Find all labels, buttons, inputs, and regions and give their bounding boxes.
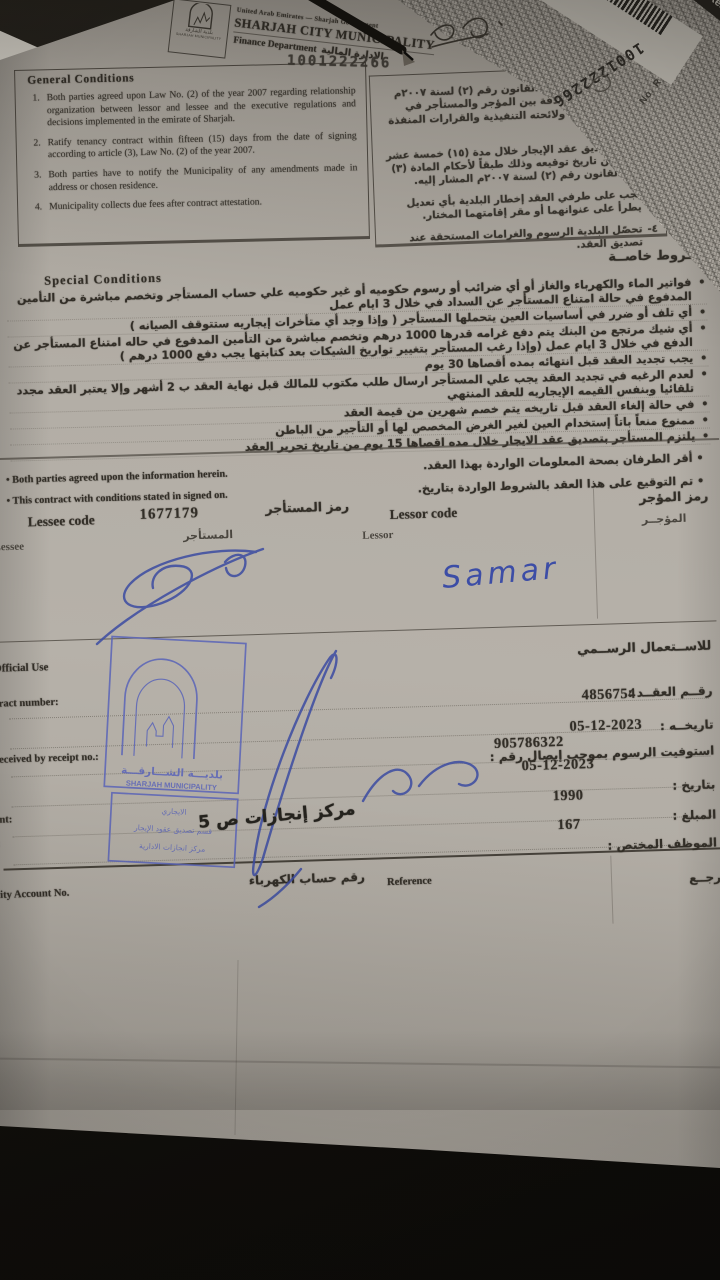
lessor-code-label-ar: رمز المؤجر <box>639 488 708 505</box>
lessor-label-ar: المؤجــر <box>642 512 687 526</box>
electricity-account-label: Electricity Account No. <box>0 888 70 902</box>
bottom-shadow <box>0 1030 720 1110</box>
official-use-title-en: For Official Use <box>0 661 49 675</box>
general-condition-item: 3.Both parties have to notify the Munici… <box>29 162 357 195</box>
lessee-code-label-ar: رمز المستأجر <box>265 498 349 516</box>
electricity-account-label-ar: رقم حساب الكهرباء <box>249 870 365 888</box>
special-conditions-list: فواتير الماء والكهرباء والغاز أو أي ضرائ… <box>6 276 710 463</box>
general-condition-item-ar: ٣-يجب على طرفي العقد إخطار البلدية بأي ت… <box>381 188 658 225</box>
general-conditions-en: General Conditions 1.Both parties agreed… <box>14 62 370 247</box>
item-number: 2. <box>29 137 42 162</box>
receipt-number-value: 905786322 <box>494 734 564 753</box>
amount-value: 1990 <box>552 787 583 805</box>
date-label-ar: تاريخــه : <box>660 718 714 734</box>
contract-number-label: Contract number: <box>0 697 59 710</box>
receipt-label: Fees received by receipt no.: <box>0 752 99 767</box>
general-condition-item: 1.Both parties agreed upon Law No. (2) o… <box>28 85 357 130</box>
item-number: 3. <box>29 169 42 194</box>
section-divider <box>0 620 716 642</box>
column-divider <box>610 856 613 924</box>
amount-label-ar: المبلغ : <box>672 807 716 822</box>
official-use-title-ar: للاســتعمال الرســمي <box>577 638 711 657</box>
column-divider <box>593 489 598 619</box>
dated-label-ar: بتاريخ : <box>672 777 715 792</box>
amount-label: Amount: <box>0 814 12 826</box>
general-condition-item: 2.Ratify tenancy contract within fifteen… <box>29 130 357 163</box>
municipality-logo: بلدية الشارقة SHARJAH MUNICIPALITY <box>168 0 232 59</box>
contract-number-value: 4856754 <box>581 686 636 705</box>
dated-value: 05-12-2023 <box>521 756 594 775</box>
item-text: Municipality collects due fees after con… <box>49 194 358 214</box>
item-text: Ratify tenancy contract within fifteen (… <box>48 130 357 162</box>
lessee-label: Lessee <box>0 541 24 554</box>
lessor-label: Lessor <box>362 529 394 542</box>
date-value: 05-12-2023 <box>569 717 642 736</box>
general-condition-item: 4.Municipality collects due fees after c… <box>30 194 358 214</box>
item-text: Both parties have to notify the Municipa… <box>48 162 357 194</box>
reference-label-ar: مرجــع <box>689 870 720 885</box>
contract-page: بلدية الشارقة SHARJAH MUNICIPALITY Unite… <box>0 0 720 1280</box>
fill-line <box>13 816 713 838</box>
item-number: 4. <box>30 202 42 215</box>
lessee-code-value: 1677179 <box>139 505 199 524</box>
official-use-section: للاســتعمال الرســمي For Official Use رق… <box>0 617 720 874</box>
fill-line <box>12 786 712 808</box>
item-number: 1. <box>28 92 41 130</box>
item-text: Both parties agreed upon Law No. (2) of … <box>47 85 357 130</box>
general-conditions-title: General Conditions <box>27 67 355 86</box>
lessee-code-label: Lessee code <box>27 512 95 530</box>
lessor-code-label: Lessor code <box>389 505 457 523</box>
contract-number-label-ar: رقــم العقــد : <box>628 684 713 701</box>
special-conditions: شــروط خاصــة Special Conditions فواتير … <box>0 241 720 461</box>
reference-label: Reference <box>387 876 432 888</box>
document-photo: بلدية الشارقة SHARJAH MUNICIPALITY Unite… <box>0 0 720 1280</box>
officer-value: 167 <box>557 816 581 834</box>
lessee-label-ar: المستأجر <box>183 528 233 543</box>
item-text: يجب على طرفي العقد إخطار البلدية بأي تعد… <box>381 188 642 225</box>
special-conditions-title-en: Special Conditions <box>44 271 162 289</box>
